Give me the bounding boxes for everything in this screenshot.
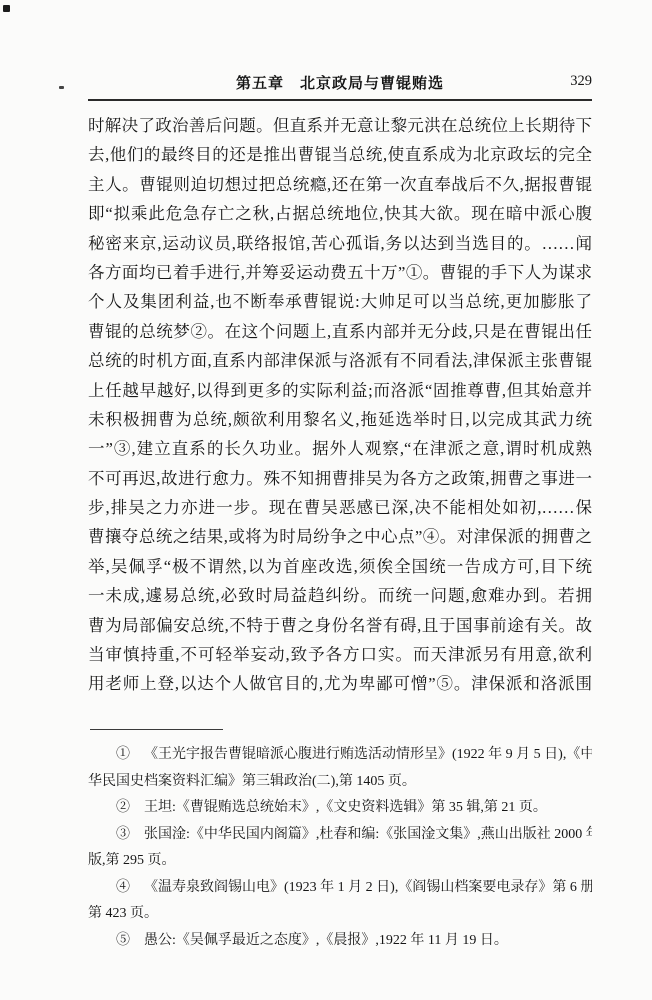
body-text-line: 秘密来京,运动议员,联络报馆,苦心孤诣,务以达到当选目的。……闻 <box>88 229 592 258</box>
footnote-separator <box>90 729 223 730</box>
footnote-line: 版,第 295 页。 <box>88 848 592 875</box>
body-text-line: 不可再迟,故进行愈力。殊不知拥曹排吴为各方之政策,拥曹之事进一 <box>88 464 592 493</box>
body-text-line: 时解决了政治善后问题。但直系并无意让黎元洪在总统位上长期待下 <box>88 111 592 140</box>
body-text-line: 一未成,遽易总统,必致时局益趋纠纷。而统一问题,愈难办到。若拥 <box>88 581 592 610</box>
body-text-line: 即“拟乘此危急存亡之秋,占据总统地位,快其大欲。现在暗中派心腹 <box>88 199 592 228</box>
chapter-title: 第五章 北京政局与曹锟贿选 <box>88 72 592 93</box>
footnotes: ① 《王光宇报告曹锟暗派心腹进行贿选活动情形呈》(1922 年 9 月 5 日)… <box>88 742 592 954</box>
body-text-line: 用老师上登,以达个人做官目的,尤为卑鄙可憎”⑤。津保派和洛派围 <box>88 669 592 698</box>
body-text-line: 主人。曹锟则迫切想过把总统瘾,还在第一次直奉战后不久,据报曹锟 <box>88 170 592 199</box>
body-text-line: 各方面均已着手进行,并筹妥运动费五十万”①。曹锟的手下人为谋求 <box>88 258 592 287</box>
footnote-line: ⑤ 愚公:《吴佩孚最近之态度》,《晨报》,1922 年 11 月 19 日。 <box>88 928 592 955</box>
body-text-line: 去,他们的最终目的还是推出曹锟当总统,使直系成为北京政坛的完全 <box>88 140 592 169</box>
footnote-line: ③ 张国淦:《中华民国内阁篇》,杜春和编:《张国淦文集》,燕山出版社 2000 … <box>88 822 592 849</box>
body-text-line: 举,吴佩孚“极不谓然,以为首座改选,须俟全国统一告成方可,目下统 <box>88 552 592 581</box>
scan-artifact <box>59 86 64 89</box>
body-text-line: 上任越早越好,以得到更多的实际利益;而洛派“固推尊曹,但其始意并 <box>88 376 592 405</box>
book-page: 第五章 北京政局与曹锟贿选 329 时解决了政治善后问题。但直系并无意让黎元洪在… <box>0 0 652 1000</box>
header-rule <box>88 99 592 101</box>
footnote-line: ② 王坦:《曹锟贿选总统始末》,《文史资料选辑》第 35 辑,第 21 页。 <box>88 795 592 822</box>
body-text-line: 一”③,建立直系的长久功业。据外人观察,“在津派之意,谓时机成熟 <box>88 434 592 463</box>
footnote-line: ① 《王光宇报告曹锟暗派心腹进行贿选活动情形呈》(1922 年 9 月 5 日)… <box>88 742 592 769</box>
body-text-line: 曹攘夺总统之结果,或将为时局纷争之中心点”④。对津保派的拥曹之 <box>88 522 592 551</box>
footnote-line: 华民国史档案资料汇编》第三辑政治(二),第 1405 页。 <box>88 769 592 796</box>
page-header: 第五章 北京政局与曹锟贿选 329 <box>88 72 592 94</box>
body-text-line: 个人及集团利益,也不断奉承曹锟说:大帅足可以当总统,更加膨胀了 <box>88 287 592 316</box>
page-number: 329 <box>570 73 592 90</box>
scan-artifact <box>3 5 10 12</box>
body-text-line: 当审慎持重,不可轻举妄动,致予各方口实。而天津派另有用意,欲利 <box>88 640 592 669</box>
body-text-line: 步,排吴之力亦进一步。现在曹吴恶感已深,决不能相处如初,……保 <box>88 493 592 522</box>
footnote-line: 第 423 页。 <box>88 901 592 928</box>
body-text-line: 曹为局部偏安总统,不特于曹之身份名誉有碍,且于国事前途有关。故 <box>88 611 592 640</box>
body-text-line: 总统的时机方面,直系内部津保派与洛派有不同看法,津保派主张曹锟 <box>88 346 592 375</box>
footnote-line: ④ 《温寿泉致阎锡山电》(1923 年 1 月 2 日),《阎锡山档案要电录存》… <box>88 875 592 902</box>
body-text-line: 曹锟的总统梦②。在这个问题上,直系内部并无分歧,只是在曹锟出任 <box>88 317 592 346</box>
body-text: 时解决了政治善后问题。但直系并无意让黎元洪在总统位上长期待下去,他们的最终目的还… <box>88 111 592 699</box>
body-text-line: 未积极拥曹为总统,颇欲利用黎名义,拖延选举时日,以完成其武力统 <box>88 405 592 434</box>
